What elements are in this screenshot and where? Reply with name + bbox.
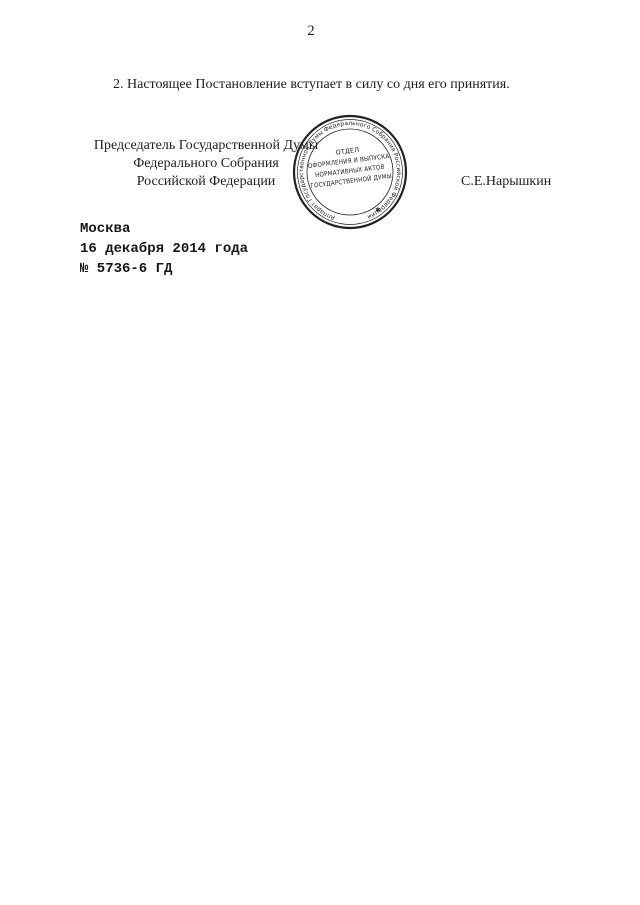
- issue-number: № 5736-6 ГД: [80, 259, 248, 279]
- stamp-ring-star: ✱: [375, 206, 380, 214]
- document-page: 2 2. Настоящее Постановление вступает в …: [0, 0, 640, 905]
- issue-date: 16 декабря 2014 года: [80, 239, 248, 259]
- official-stamp: Аппарат Государственной Думы Федеральног…: [280, 102, 420, 242]
- stamp-center-caption: ОТДЕЛ ОФОРМЛЕНИЯ И ВЫПУСКА НОРМАТИВНЫХ А…: [306, 142, 392, 190]
- page-number: 2: [0, 23, 622, 40]
- signatory-name: С.Е.Нарышкин: [461, 173, 551, 191]
- issue-city: Москва: [80, 219, 248, 239]
- issue-block: Москва 16 декабря 2014 года № 5736-6 ГД: [80, 219, 248, 279]
- decree-paragraph: 2. Настоящее Постановление вступает в си…: [80, 76, 542, 94]
- stamp-center-line-1: ОТДЕЛ: [335, 146, 360, 157]
